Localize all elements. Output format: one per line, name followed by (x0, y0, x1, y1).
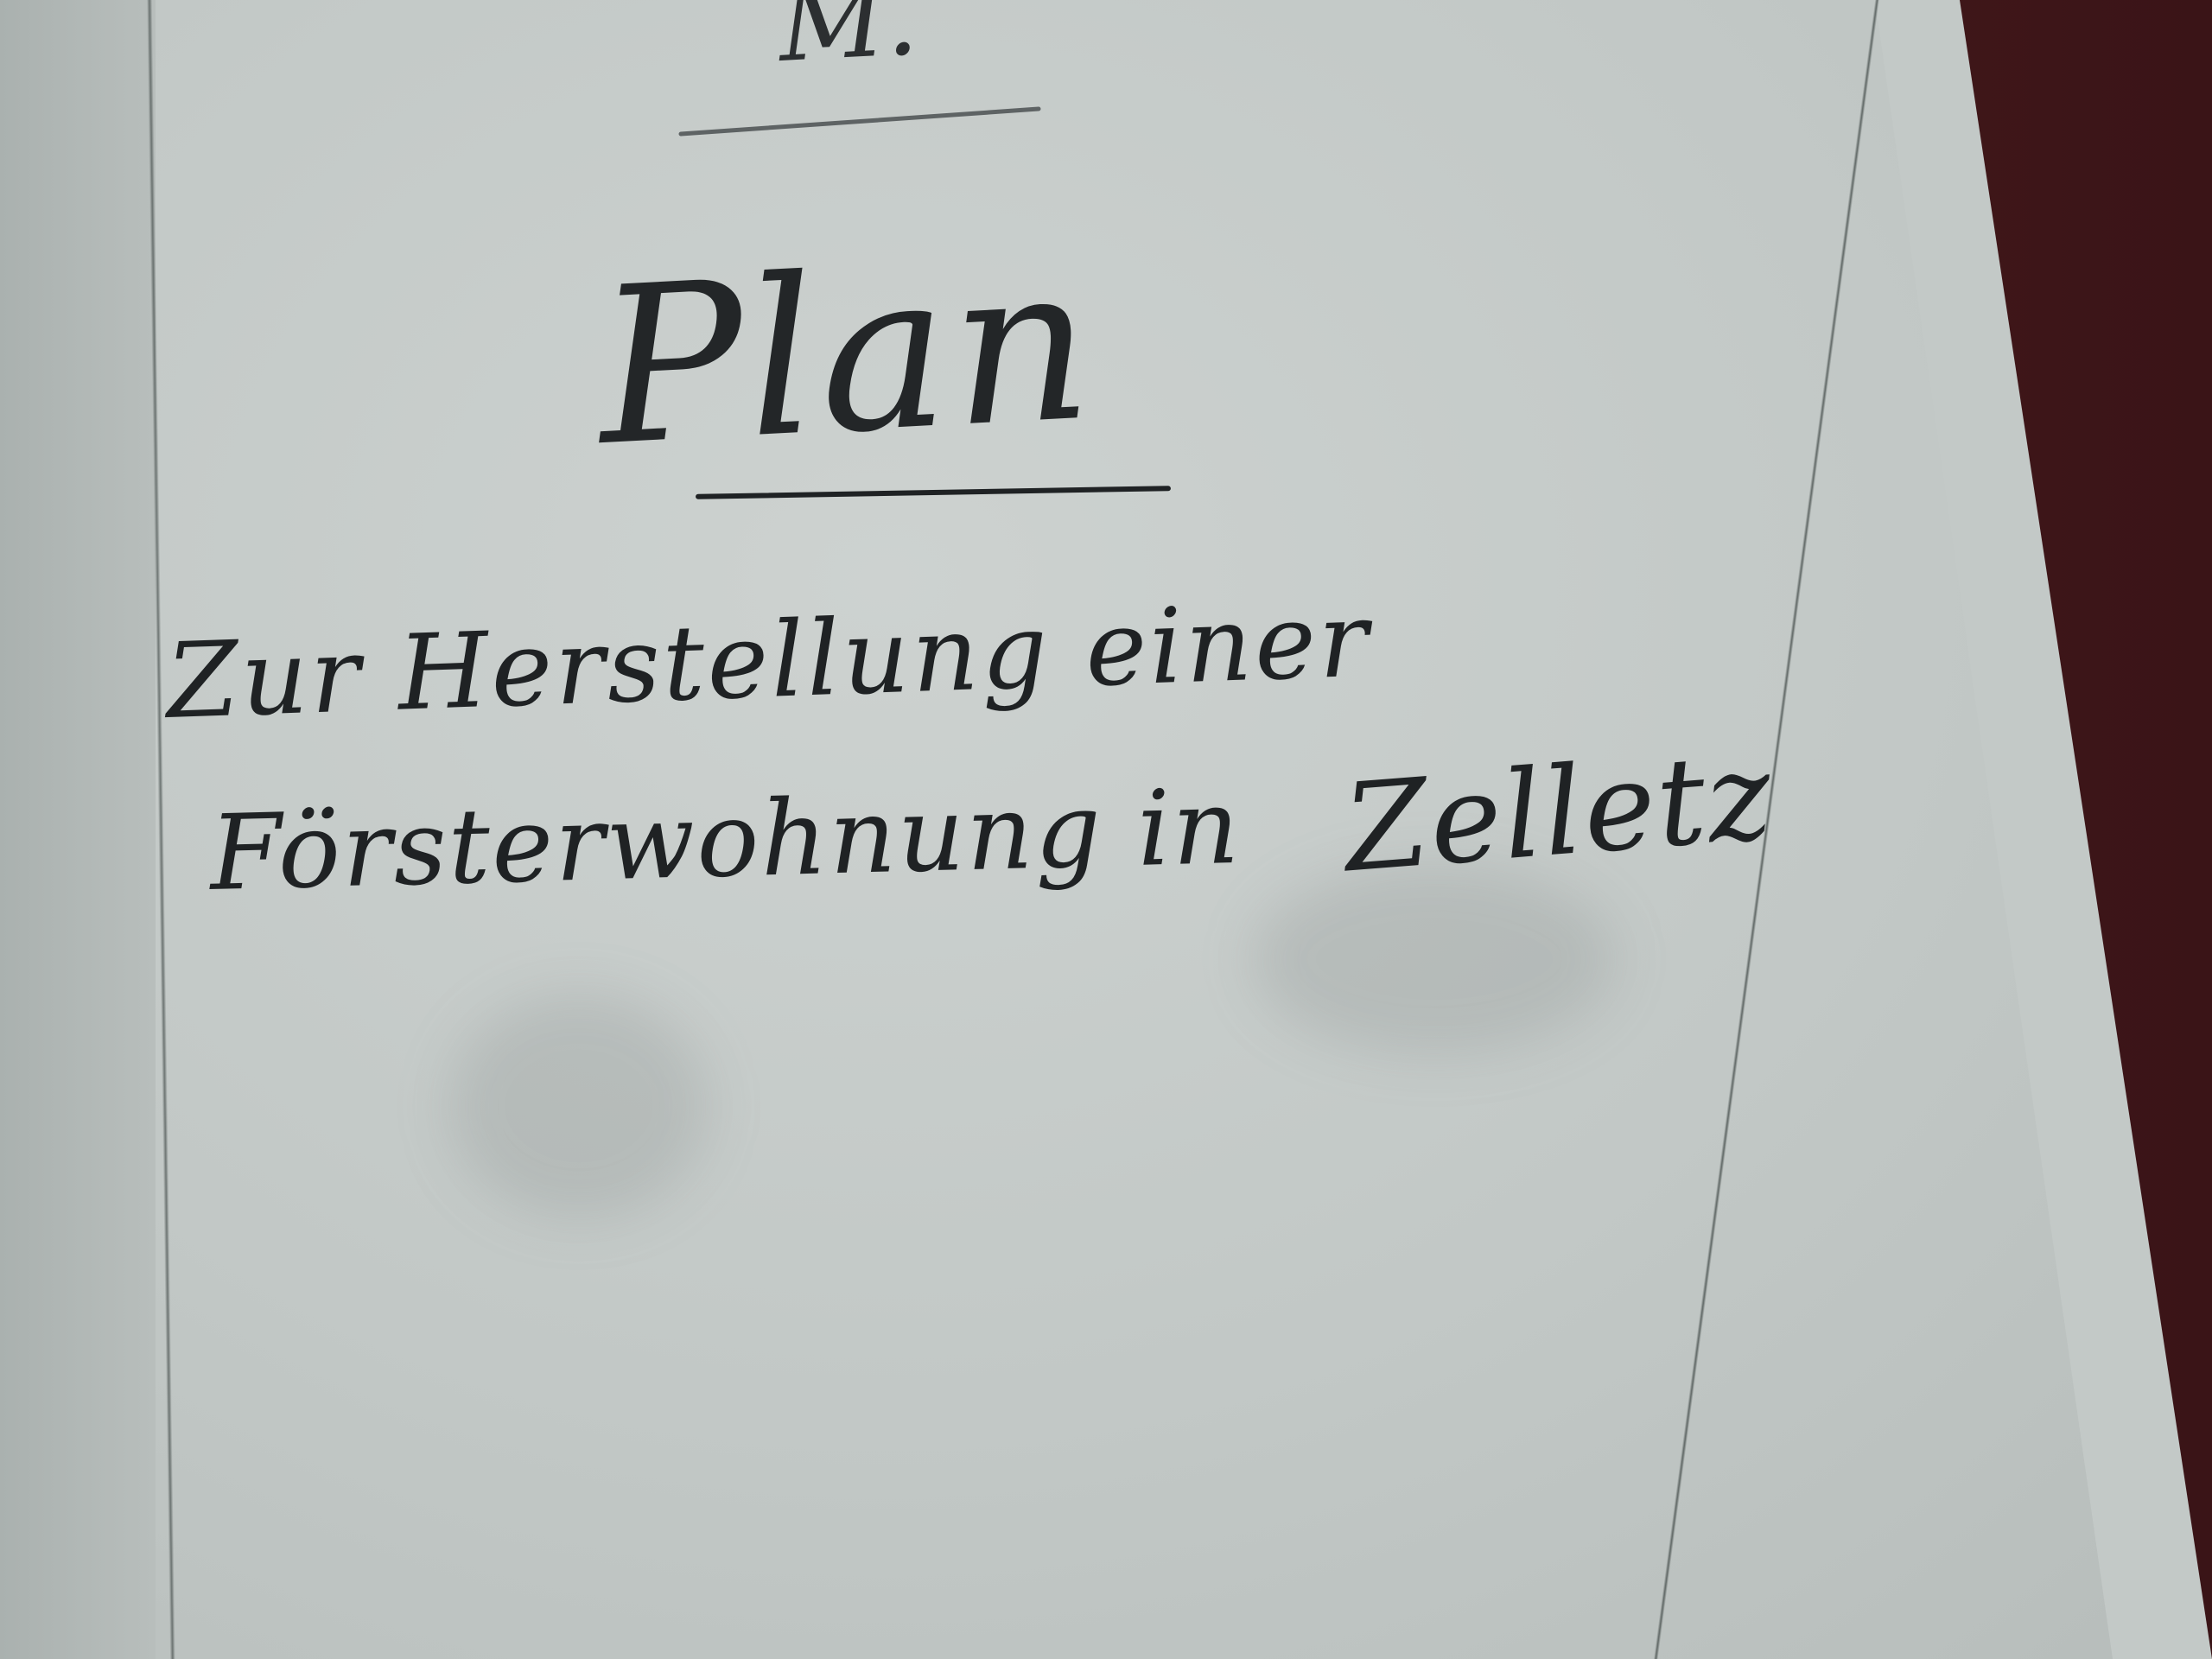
document-title: Plan (592, 216, 1101, 493)
photo-scene: M. Plan Zur Herstellung einer Försterwoh… (0, 0, 2212, 1659)
subtitle-line-2-text: Försterwohnung in (208, 767, 1242, 914)
left-page-edge (0, 0, 156, 1659)
heading-mark: M. (776, 0, 921, 86)
paper-stain (449, 994, 709, 1218)
place-name: Zelletz (1339, 726, 1778, 899)
